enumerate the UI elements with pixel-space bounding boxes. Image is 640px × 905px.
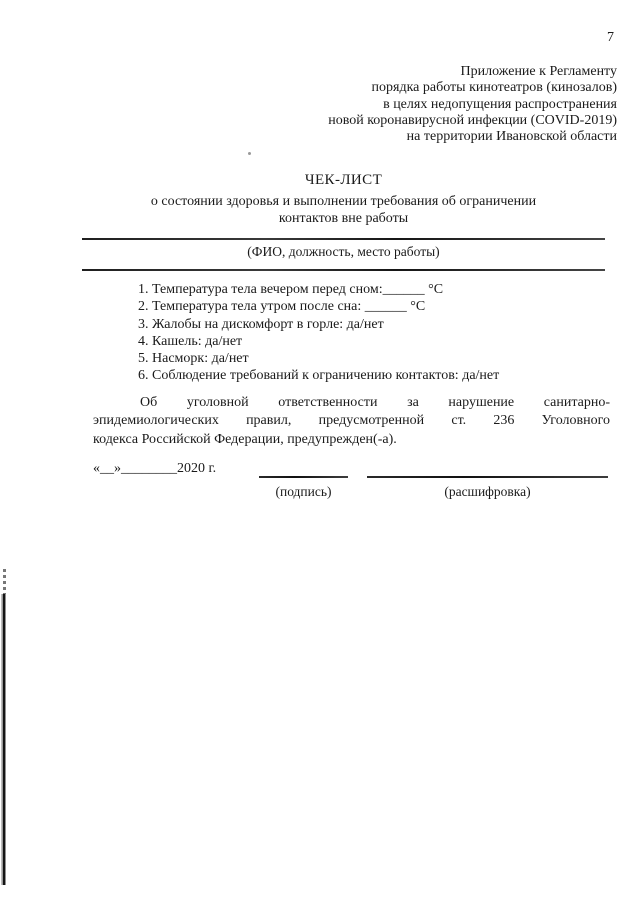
checklist-item: 2. Температура тела утром после сна: ___… <box>138 298 608 315</box>
header-line: порядка работы кинотеатров (кинозалов) <box>328 80 617 96</box>
fio-fill-in-line-2 <box>82 269 605 271</box>
legal-warning-paragraph: Об уголовной ответственности за нарушени… <box>93 394 610 449</box>
scan-artifact-dashes <box>3 569 6 594</box>
health-checklist: 1. Температура тела вечером перед сном:_… <box>138 281 608 385</box>
subtitle-line: контактов вне работы <box>82 210 605 227</box>
document-header-reference: Приложение к Регламенту порядка работы к… <box>328 64 617 145</box>
legal-line: эпидемиологических правил, предусмотренн… <box>93 412 610 430</box>
signature-line <box>259 476 348 478</box>
subtitle-line: о состоянии здоровья и выполнении требов… <box>82 193 605 210</box>
checklist-item: 4. Кашель: да/нет <box>138 333 608 350</box>
page-number: 7 <box>607 30 614 46</box>
header-line: новой коронавирусной инфекции (COVID-201… <box>328 113 617 129</box>
legal-line: Об уголовной ответственности за нарушени… <box>93 394 610 412</box>
fio-caption: (ФИО, должность, место работы) <box>82 244 605 260</box>
document-subtitle: о состоянии здоровья и выполнении требов… <box>82 193 605 227</box>
signature-caption: (подпись) <box>259 484 348 500</box>
scan-artifact-edge-line <box>1 594 6 885</box>
header-line: в целях недопущения распространения <box>328 97 617 113</box>
scan-artifact-dot <box>248 152 251 155</box>
checklist-item: 1. Температура тела вечером перед сном:_… <box>138 281 608 298</box>
transcript-caption: (расшифровка) <box>367 484 608 500</box>
checklist-item: 3. Жалобы на дискомфорт в горле: да/нет <box>138 316 608 333</box>
fio-fill-in-line <box>82 238 605 240</box>
checklist-item: 5. Насморк: да/нет <box>138 350 608 367</box>
date-fill-in: «__»________2020 г. <box>93 461 216 477</box>
legal-line: кодекса Российской Федерации, предупрежд… <box>93 431 610 449</box>
document-title: ЧЕК-ЛИСТ <box>82 172 605 189</box>
header-line: Приложение к Регламенту <box>328 64 617 80</box>
transcript-line <box>367 476 608 478</box>
checklist-item: 6. Соблюдение требований к ограничению к… <box>138 367 608 384</box>
scanned-document: { "page": { "number": "7" }, "header": {… <box>0 0 640 905</box>
header-line: на территории Ивановской области <box>328 129 617 145</box>
